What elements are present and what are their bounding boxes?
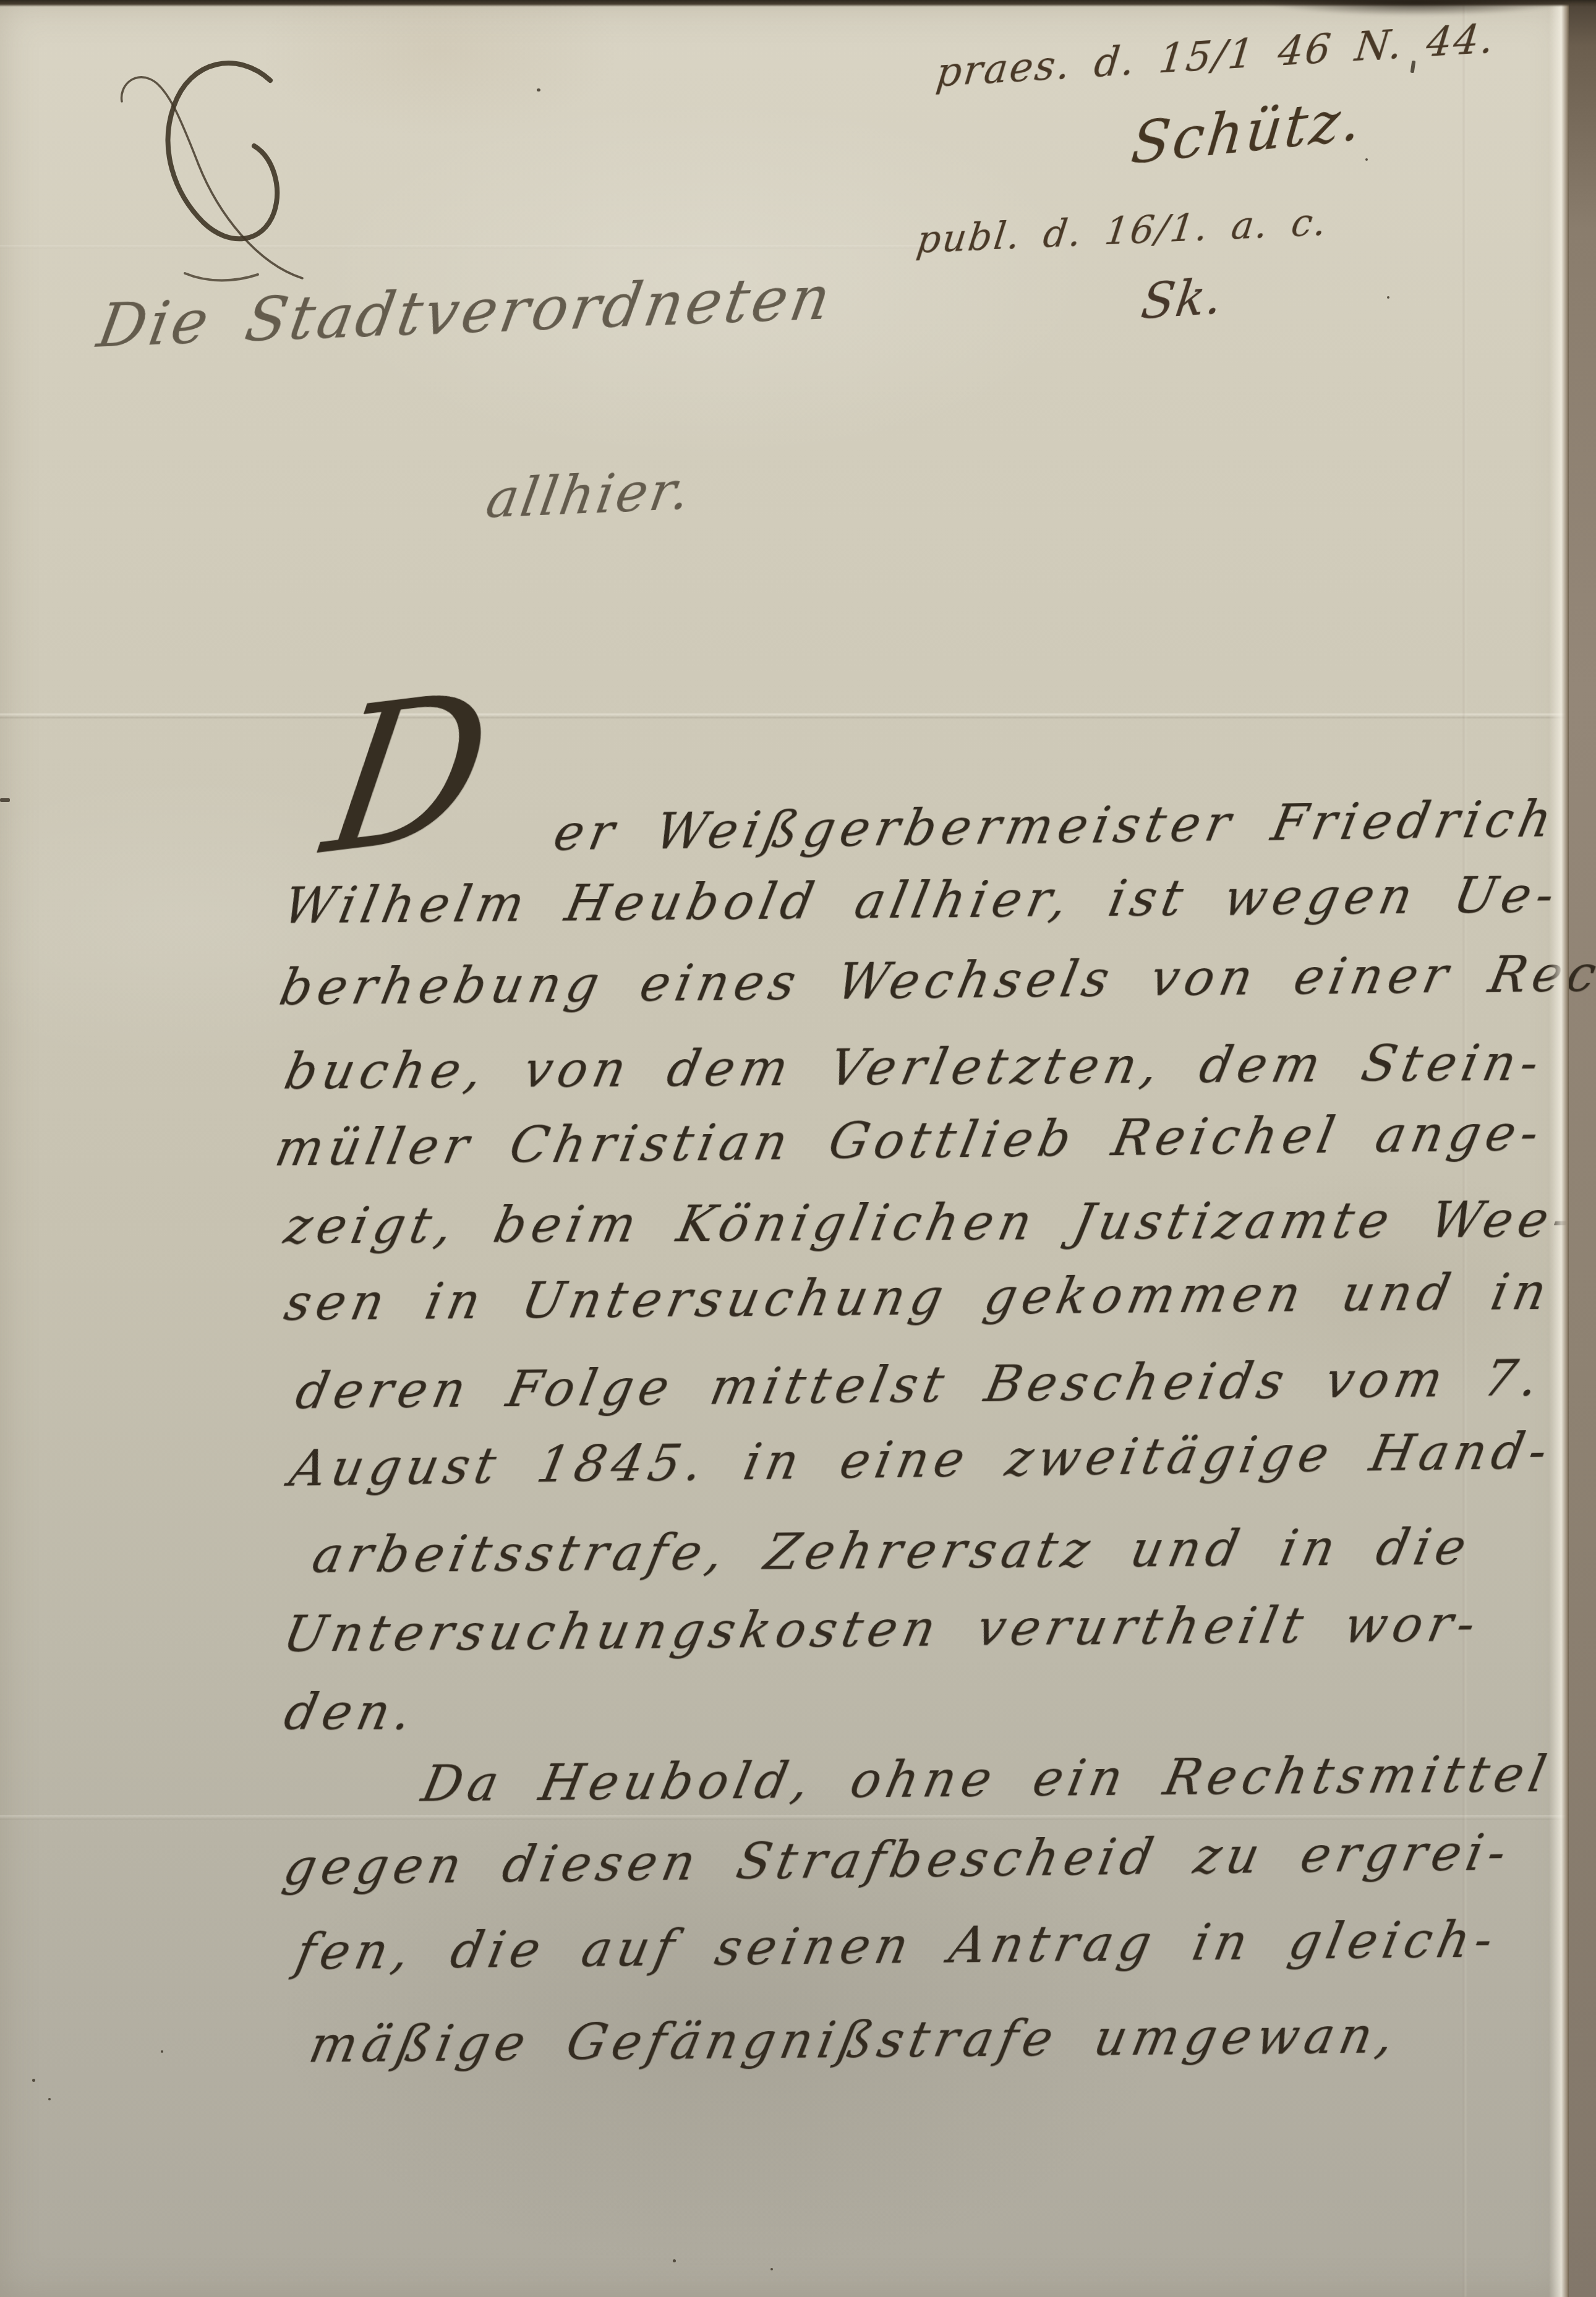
address-place: allhier. <box>482 464 696 526</box>
ink-speck <box>770 2268 773 2270</box>
clerk-signature: Schütz. <box>1129 91 1366 173</box>
paper-sheet: praes. d. 15/1 46 N. 44. Schütz. publ. d… <box>0 4 1569 2297</box>
ink-speck <box>0 798 10 802</box>
body-line: arbeitsstrafe, Zehrersatz und in die <box>309 1523 1476 1580</box>
ink-speck <box>673 2259 676 2262</box>
ink-speck <box>537 88 540 92</box>
body-line: gegen diesen Strafbescheid zu ergrei- <box>280 1828 1516 1893</box>
ink-speck <box>1387 296 1389 299</box>
body-line: Wilhelm Heubold allhier, ist wegen Ue- <box>280 871 1564 931</box>
body-line: deren Folge mittelst Bescheids vom 7. <box>292 1354 1548 1417</box>
fold-crease-horizontal <box>0 714 1569 719</box>
ink-speck <box>161 2050 163 2053</box>
body-line: er Weißgerbermeister Friedrich <box>550 795 1561 858</box>
body-line: Untersuchungskosten verurtheilt wor- <box>280 1600 1485 1660</box>
drop-cap-initial: D <box>315 665 501 884</box>
body-line: mäßige Gefängnißstrafe umgewan, <box>305 2011 1404 2071</box>
registry-received-note: praes. d. 15/1 46 N. 44. <box>934 19 1498 93</box>
body-line: fen, die auf seinen Antrag in gleich- <box>292 1916 1503 1978</box>
body-line: sen in Untersuchung gekommen und in <box>281 1268 1556 1328</box>
opening-flourish-mark <box>53 27 306 287</box>
document-photo: praes. d. 15/1 46 N. 44. Schütz. publ. d… <box>0 0 1596 2297</box>
ink-speck <box>48 2098 51 2100</box>
body-line: August 1845. in eine zweitägige Hand- <box>286 1427 1556 1494</box>
body-line: berhebung eines Wechsels von einer Rech- <box>276 949 1596 1013</box>
body-line: buche, von dem Verletzten, dem Stein- <box>281 1039 1548 1097</box>
paper-deckle-edge <box>1549 4 1569 2297</box>
body-line: müller Christian Gottlieb Reichel ange- <box>271 1109 1548 1174</box>
body-line: Da Heubold, ohne ein Rechtsmittel <box>418 1750 1556 1809</box>
ink-speck <box>32 2079 35 2082</box>
ink-speck <box>1365 158 1368 161</box>
body-line: den. <box>280 1688 422 1737</box>
table-edge-shadow <box>1261 0 1571 19</box>
body-line: zeigt, beim Königlichen Justizamte Wee- <box>280 1195 1581 1251</box>
registry-publication-note: publ. d. 16/1. a. c. <box>915 203 1330 258</box>
fold-crease-horizontal <box>0 1815 1569 1820</box>
clerk-initials: Sk. <box>1138 273 1226 327</box>
